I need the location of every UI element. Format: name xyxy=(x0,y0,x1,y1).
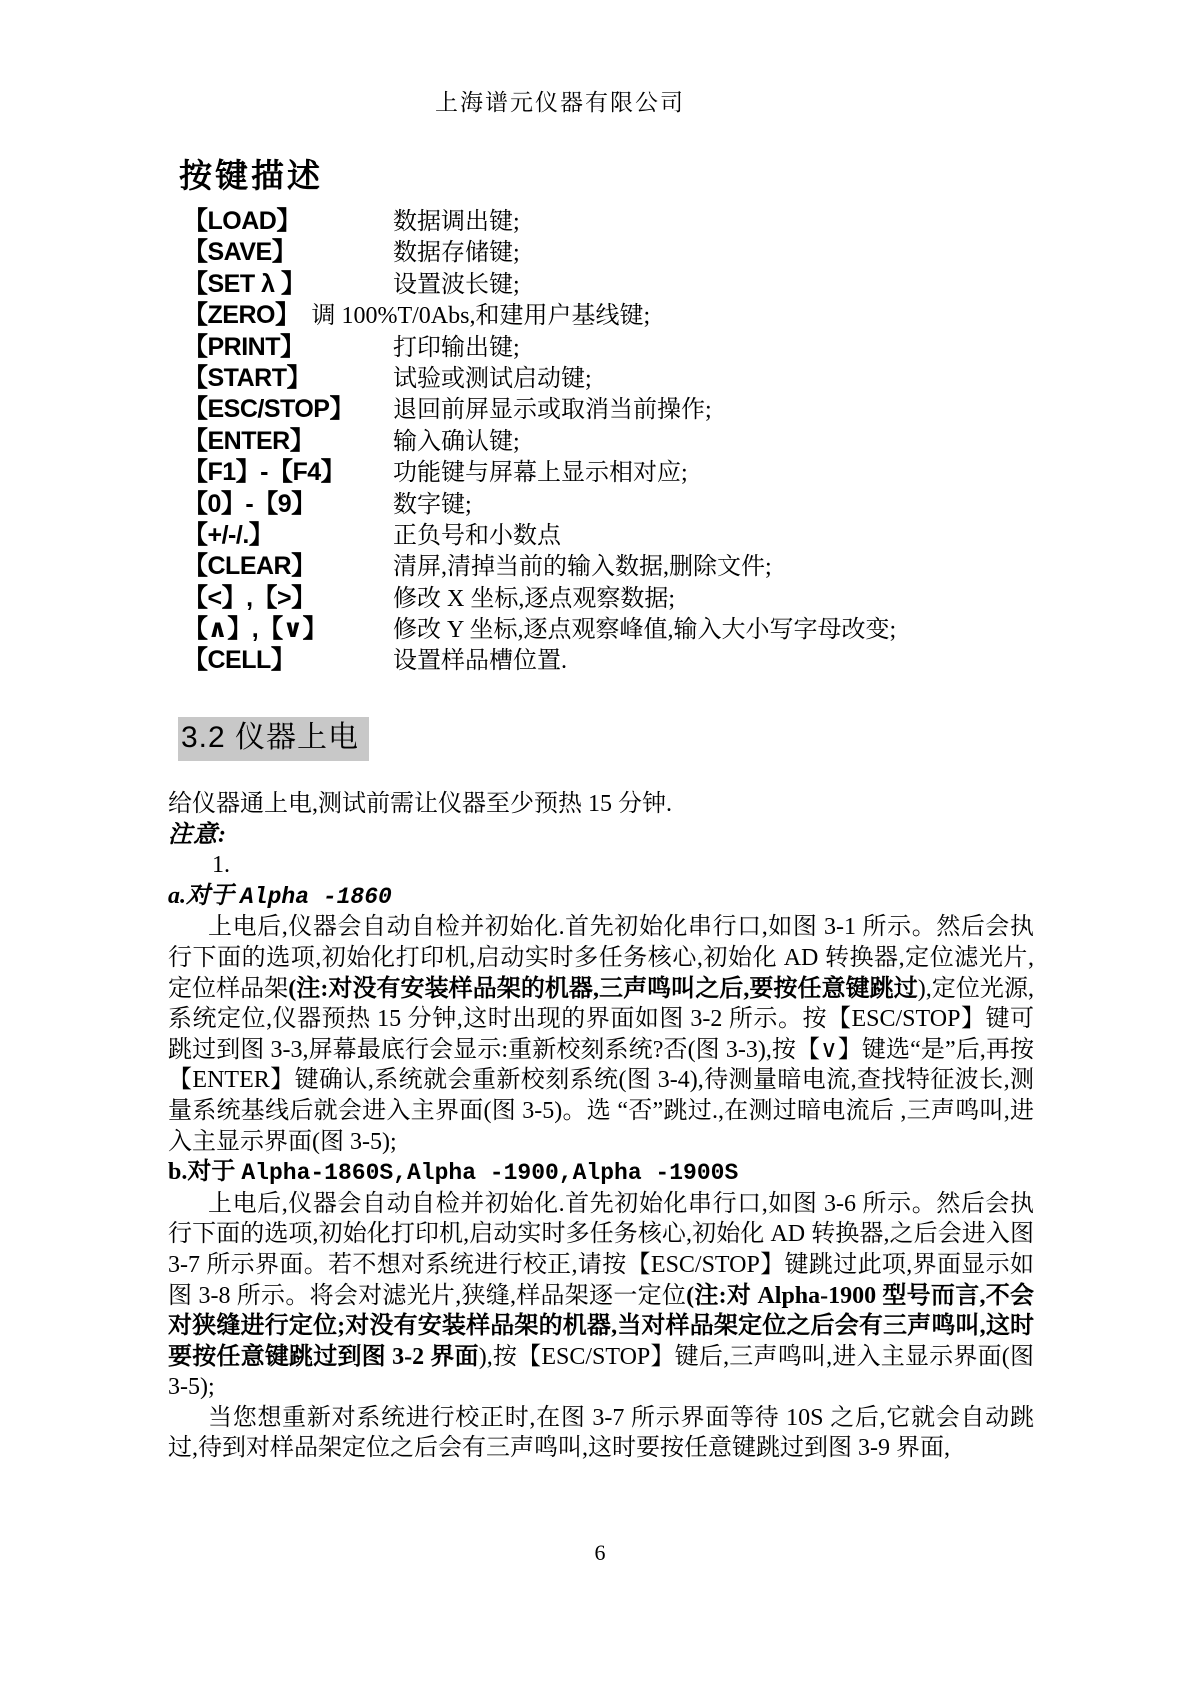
subsection-a-heading: a.对于 Alpha -1860 xyxy=(168,881,1034,913)
keys-section-title: 按键描述 xyxy=(179,150,323,197)
key-row: 【CELL】设置样品槽位置. xyxy=(183,640,1043,671)
key-description: 试验或测试启动键; xyxy=(393,358,592,393)
key-description: 修改 Y 坐标,逐点观察峰值,输入大小写字母改变; xyxy=(393,609,896,644)
key-row: 【PRINT】打印输出键; xyxy=(183,327,1043,358)
section-body: 给仪器通上电,测试前需让仪器至少预热 15 分钟. 注意: 1. a.对于 Al… xyxy=(168,789,1034,1464)
subsection-a-paragraph: 上电后,仪器会自动自检并初始化.首先初始化串行口,如图 3-1 所示。然后会执行… xyxy=(168,912,1034,1157)
page-number: 6 xyxy=(0,1540,1200,1566)
key-description: 输入确认键; xyxy=(393,421,520,456)
key-description: 功能键与屏幕上显示相对应; xyxy=(393,452,688,487)
key-row: 【<】,【>】修改 X 坐标,逐点观察数据; xyxy=(183,578,1043,609)
key-description: 打印输出键; xyxy=(393,327,520,362)
section-heading-highlight: 3.2 仪器上电 xyxy=(178,717,369,761)
key-row: 【CLEAR】清屏,清掉当前的输入数据,删除文件; xyxy=(183,546,1043,577)
intro-paragraph: 给仪器通上电,测试前需让仪器至少预热 15 分钟. xyxy=(168,789,1034,820)
key-description: 数据存储键; xyxy=(393,232,520,267)
key-row: 【ESC/STOP】退回前屏显示或取消当前操作; xyxy=(183,389,1043,420)
subsection-b-paragraph-2: 当您想重新对系统进行校正时,在图 3-7 所示界面等待 10S 之后,它就会自动… xyxy=(168,1403,1034,1464)
key-row: 【LOAD】数据调出键; xyxy=(183,201,1043,232)
key-row: 【SET λ 】设置波长键; xyxy=(183,264,1043,295)
note-label: 注意: xyxy=(168,822,227,848)
key-row: 【START】试验或测试启动键; xyxy=(183,358,1043,389)
model-names-b: Alpha-1860S,Alpha -1900,Alpha -1900S xyxy=(241,1160,738,1186)
key-label: 【CELL】 xyxy=(183,640,393,676)
key-description: 修改 X 坐标,逐点观察数据; xyxy=(393,578,675,613)
subsection-b-heading: b.对于 Alpha-1860S,Alpha -1900,Alpha -1900… xyxy=(168,1157,1034,1189)
key-description: 设置样品槽位置. xyxy=(393,640,567,675)
subsection-a-prefix: a.对于 xyxy=(168,883,234,909)
note-line: 注意: xyxy=(168,820,1034,851)
key-row: 【∧】,【∨】 修改 Y 坐标,逐点观察峰值,输入大小写字母改变; xyxy=(183,609,1043,640)
key-row: 【SAVE】数据存储键; xyxy=(183,232,1043,263)
subsection-b-paragraph: 上电后,仪器会自动自检并初始化.首先初始化串行口,如图 3-6 所示。然后会执行… xyxy=(168,1189,1034,1403)
key-description-list: 【LOAD】数据调出键; 【SAVE】数据存储键; 【SET λ 】设置波长键;… xyxy=(183,201,1043,672)
key-description: 清屏,清掉当前的输入数据,删除文件; xyxy=(393,546,772,581)
key-description: 设置波长键; xyxy=(393,264,520,299)
key-description: 正负号和小数点 xyxy=(393,515,561,550)
model-name-a: Alpha -1860 xyxy=(240,884,392,910)
key-row: 【0】-【9】数字键; xyxy=(183,484,1043,515)
numbered-item: 1. xyxy=(168,850,1034,881)
key-row: 【+/-/.】正负号和小数点 xyxy=(183,515,1043,546)
section-heading-3-2: 3.2 仪器上电 xyxy=(178,712,369,756)
key-description: 数据调出键; xyxy=(393,201,520,236)
key-row: 【ZERO】调 100%T/0Abs,和建用户基线键; xyxy=(183,295,1043,326)
text-run: ),定位光源,系统定位,仪器预热 15 分钟,这时出现的界面如图 3-2 所示。… xyxy=(168,976,1034,1155)
key-description: 调 100%T/0Abs,和建用户基线键; xyxy=(311,295,650,330)
manual-page: 上海谱元仪器有限公司 按键描述 【LOAD】数据调出键; 【SAVE】数据存储键… xyxy=(0,0,1200,1698)
key-row: 【ENTER】输入确认键; xyxy=(183,421,1043,452)
key-row: 【F1】-【F4】功能键与屏幕上显示相对应; xyxy=(183,452,1043,483)
company-header: 上海谱元仪器有限公司 xyxy=(0,84,1120,117)
key-description: 退回前屏显示或取消当前操作; xyxy=(393,389,712,424)
bold-note-run: (注:对没有安装样品架的机器,三声鸣叫之后,要按任意键跳过 xyxy=(288,976,917,1002)
key-description: 数字键; xyxy=(393,484,472,519)
subsection-b-prefix: b.对于 xyxy=(168,1159,235,1185)
